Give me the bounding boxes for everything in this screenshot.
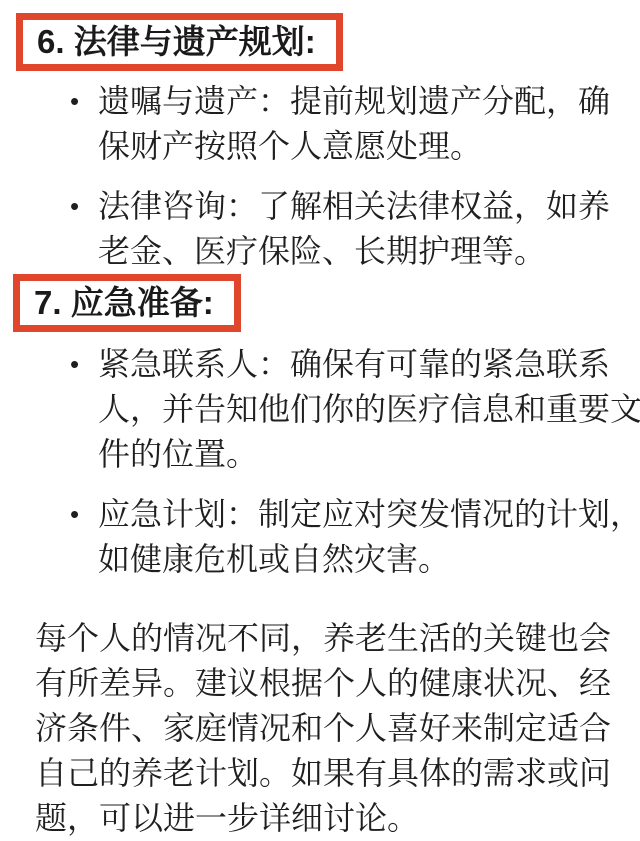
- bullet-list: • 遗嘱与遗产：提前规划遗产分配，确 保财产按照个人意愿处理。 • 法律咨询：了…: [0, 79, 640, 274]
- text-line: 每个人的情况不同，养老生活的关键也会: [35, 616, 640, 661]
- text-line: 自己的养老计划。如果有具体的需求或问: [35, 751, 640, 796]
- heading-highlight-box: 7. 应急准备:: [13, 274, 241, 332]
- text-line: 件的位置。: [98, 432, 640, 477]
- text-line: 应急计划：制定应对突发情况的计划，: [98, 492, 640, 537]
- text-line: 如健康危机或自然灾害。: [98, 537, 640, 582]
- bullet-text: 法律咨询：了解相关法律权益，如养 老金、医疗保险、长期护理等。: [98, 184, 640, 274]
- text-line: 有所差异。建议根据个人的健康状况、经: [35, 661, 640, 706]
- list-item-legal-consulting: • 法律咨询：了解相关法律权益，如养 老金、医疗保险、长期护理等。: [0, 184, 640, 274]
- heading-highlight-box: 6. 法律与遗产规划:: [16, 13, 343, 71]
- text-line: 保财产按照个人意愿处理。: [98, 124, 640, 169]
- list-item-emergency-plan: • 应急计划：制定应对突发情况的计划， 如健康危机或自然灾害。: [0, 492, 640, 582]
- article-page: 6. 法律与遗产规划: • 遗嘱与遗产：提前规划遗产分配，确 保财产按照个人意愿…: [0, 0, 640, 841]
- section-emergency-preparedness: 7. 应急准备: • 紧急联系人：确保有可靠的紧急联系 人，并告知他们你的医疗信…: [0, 274, 640, 582]
- closing-paragraph: 每个人的情况不同，养老生活的关键也会 有所差异。建议根据个人的健康状况、经 济条…: [35, 616, 640, 841]
- text-line: 老金、医疗保险、长期护理等。: [98, 229, 640, 274]
- list-item-will-estate: • 遗嘱与遗产：提前规划遗产分配，确 保财产按照个人意愿处理。: [0, 79, 640, 169]
- text-line: 紧急联系人：确保有可靠的紧急联系: [98, 342, 640, 387]
- text-line: 题，可以进一步详细讨论。: [35, 796, 640, 841]
- text-line: 遗嘱与遗产：提前规划遗产分配，确: [98, 79, 640, 124]
- bullet-icon: •: [70, 79, 98, 124]
- text-line: 法律咨询：了解相关法律权益，如养: [98, 184, 640, 229]
- bullet-icon: •: [70, 342, 98, 387]
- bullet-text: 紧急联系人：确保有可靠的紧急联系 人，并告知他们你的医疗信息和重要文 件的位置。: [98, 342, 640, 477]
- section-heading: 6. 法律与遗产规划:: [23, 20, 336, 64]
- bullet-icon: •: [70, 492, 98, 537]
- text-line: 人，并告知他们你的医疗信息和重要文: [98, 387, 640, 432]
- section-legal-estate-planning: 6. 法律与遗产规划: • 遗嘱与遗产：提前规划遗产分配，确 保财产按照个人意愿…: [0, 0, 640, 274]
- bullet-icon: •: [70, 184, 98, 229]
- bullet-text: 遗嘱与遗产：提前规划遗产分配，确 保财产按照个人意愿处理。: [98, 79, 640, 169]
- list-item-emergency-contact: • 紧急联系人：确保有可靠的紧急联系 人，并告知他们你的医疗信息和重要文 件的位…: [0, 342, 640, 477]
- text-line: 济条件、家庭情况和个人喜好来制定适合: [35, 706, 640, 751]
- section-heading: 7. 应急准备:: [20, 281, 234, 325]
- bullet-text: 应急计划：制定应对突发情况的计划， 如健康危机或自然灾害。: [98, 492, 640, 582]
- bullet-list: • 紧急联系人：确保有可靠的紧急联系 人，并告知他们你的医疗信息和重要文 件的位…: [0, 342, 640, 582]
